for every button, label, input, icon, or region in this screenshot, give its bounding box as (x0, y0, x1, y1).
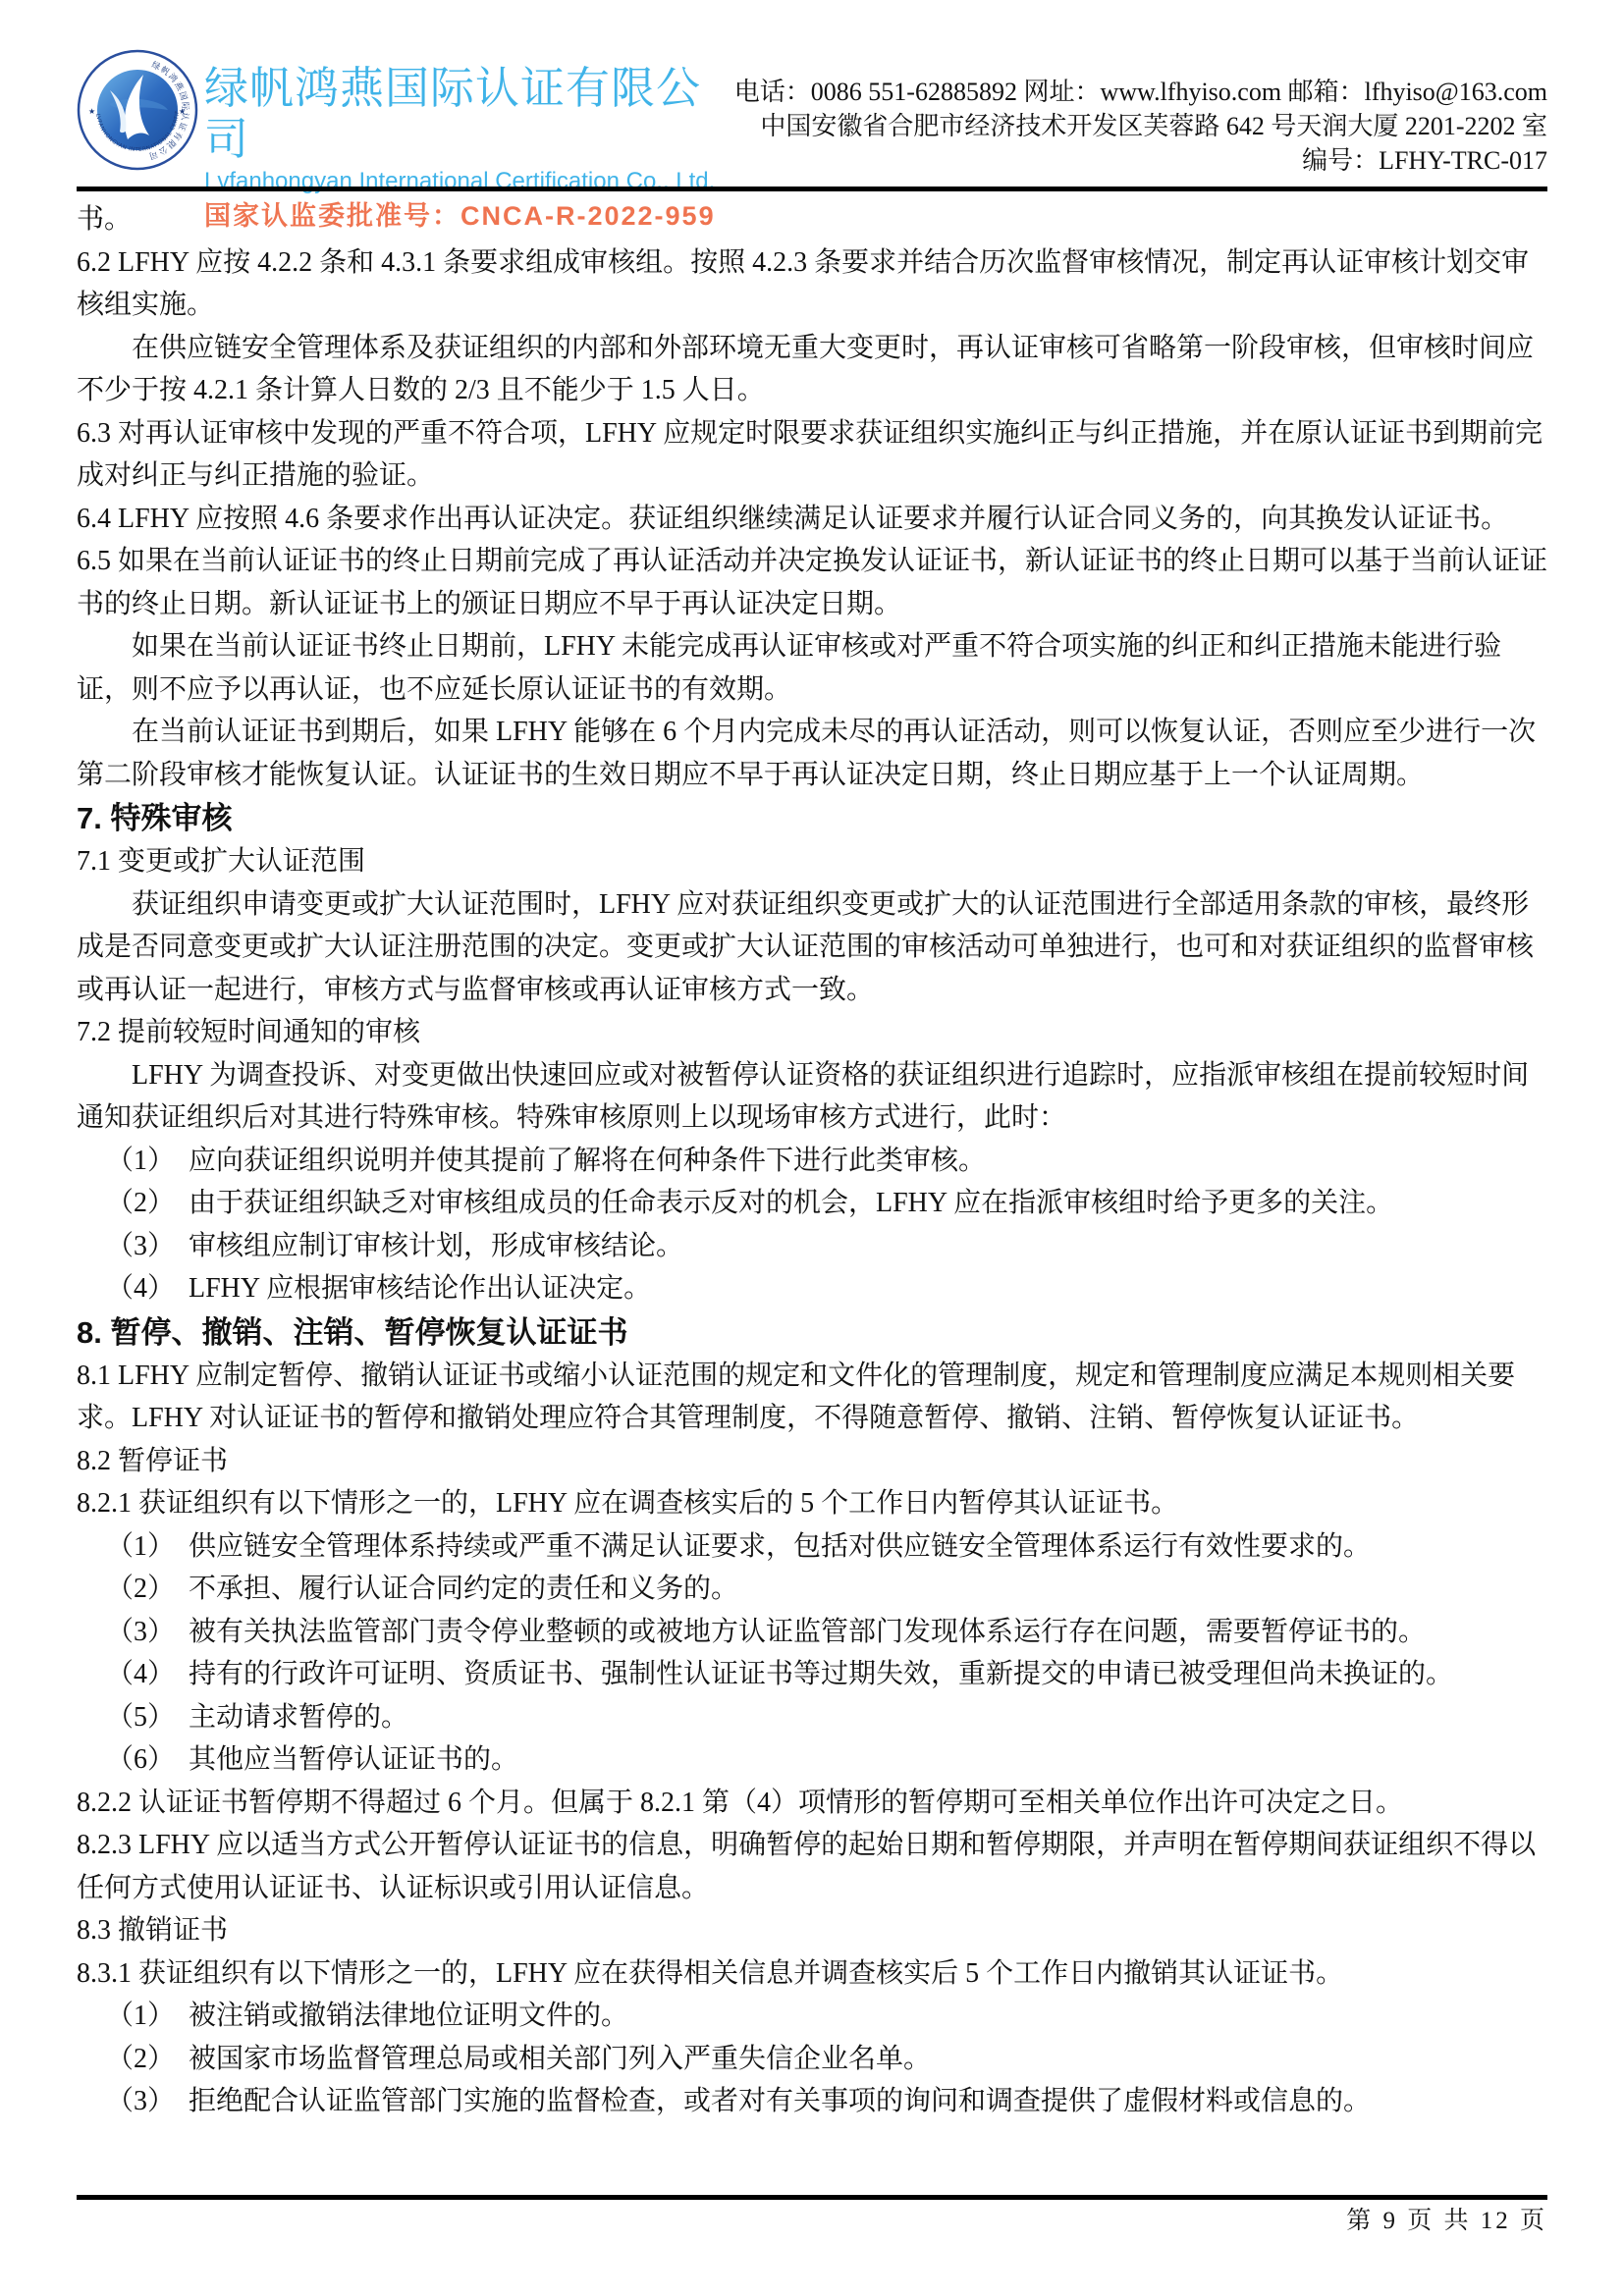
para-6-5: 6.5 如果在当前认证证书的终止日期前完成了再认证活动并决定换发认证证书，新认证… (77, 540, 1547, 625)
heading-8: 8. 暂停、撤销、注销、暂停恢复认证证书 (77, 1310, 1547, 1355)
para-6-5-note2: 在当前认证证书到期后，如果 LFHY 能够在 6 个月内完成未尽的再认证活动，则… (77, 711, 1547, 796)
list-8-2-1-item-6: （6） 其他应当暂停认证证书的。 (77, 1738, 1547, 1782)
document-body: 书。6.2 LFHY 应按 4.2.2 条和 4.3.1 条要求组成审核组。按照… (77, 198, 1547, 2189)
document-number: 编号：LFHY-TRC-017 (734, 143, 1547, 178)
para-7-1-body: 获证组织申请变更或扩大认证范围时，LFHY 应对获证组织变更或扩大的认证范围进行… (77, 883, 1547, 1012)
list-8-2-1-item-4: （4） 持有的行政许可证明、资质证书、强制性认证证书等过期失效，重新提交的申请已… (77, 1653, 1547, 1696)
para-8-2-2: 8.2.2 认证证书暂停期不得超过 6 个月。但属于 8.2.1 第（4）项情形… (77, 1782, 1547, 1825)
company-logo-icon: 绿帆鸿燕国际认证有限公司 LVFANHONGYAN INTERNATIONAL … (77, 49, 198, 171)
list-8-3-1-item-1: （1） 被注销或撤销法律地位证明文件的。 (77, 1995, 1547, 2038)
document-footer: 第 9 页 共 12 页 (77, 2195, 1547, 2237)
para-7-1: 7.1 变更或扩大认证范围 (77, 840, 1547, 883)
header-divider (77, 187, 1547, 191)
list-7-2-item-2: （2） 由于获证组织缺乏对审核组成员的任命表示反对的机会，LFHY 应在指派审核… (77, 1182, 1547, 1225)
list-8-2-1-item-1: （1） 供应链安全管理体系持续或严重不满足认证要求，包括对供应链安全管理体系运行… (77, 1525, 1547, 1569)
para-8-3-1: 8.3.1 获证组织有以下情形之一的，LFHY 应在获得相关信息并调查核实后 5… (77, 1952, 1547, 1996)
list-8-2-1-item-5: （5） 主动请求暂停的。 (77, 1696, 1547, 1739)
list-8-3-1-item-2: （2） 被国家市场监督管理总局或相关部门列入严重失信企业名单。 (77, 2038, 1547, 2081)
page-number: 第 9 页 共 12 页 (77, 2200, 1547, 2237)
list-8-3-1-item-3: （3） 拒绝配合认证监管部门实施的监督检查，或者对有关事项的询问和调查提供了虚假… (77, 2080, 1547, 2123)
para-8-2: 8.2 暂停证书 (77, 1440, 1547, 1483)
para-6-5-note1: 如果在当前认证证书终止日期前，LFHY 未能完成再认证审核或对严重不符合项实施的… (77, 625, 1547, 711)
para-7-2-body: LFHY 为调查投诉、对变更做出快速回应或对被暂停认证资格的获证组织进行追踪时，… (77, 1054, 1547, 1140)
document-page: 绿帆鸿燕国际认证有限公司 LVFANHONGYAN INTERNATIONAL … (0, 0, 1624, 2296)
para-8-2-1: 8.2.1 获证组织有以下情形之一的，LFHY 应在调查核实后的 5 个工作日内… (77, 1482, 1547, 1525)
para-7-2: 7.2 提前较短时间通知的审核 (77, 1011, 1547, 1054)
para-6-3: 6.3 对再认证审核中发现的严重不符合项，LFHY 应规定时限要求获证组织实施纠… (77, 412, 1547, 498)
company-name-en: Lvfanhongyan International Certification… (204, 167, 734, 196)
para-8-2-3: 8.2.3 LFHY 应以适当方式公开暂停认证证书的信息，明确暂停的起始日期和暂… (77, 1824, 1547, 1909)
para-8-1: 8.1 LFHY 应制定暂停、撤销认证证书或缩小认证范围的规定和文件化的管理制度… (77, 1355, 1547, 1440)
svg-text:★: ★ (179, 107, 186, 116)
list-8-2-1-item-3: （3） 被有关执法监管部门责令停业整顿的或被地方认证监管部门发现体系运行存在问题… (77, 1611, 1547, 1654)
para-continuation: 书。 (77, 198, 1547, 241)
heading-7: 7. 特殊审核 (77, 796, 1547, 840)
contact-line-phone-web-mail: 电话：0086 551-62885892 网址：www.lfhyiso.com … (734, 75, 1547, 109)
para-8-3: 8.3 撤销证书 (77, 1909, 1547, 1952)
list-7-2-item-4: （4） LFHY 应根据审核结论作出认证决定。 (77, 1267, 1547, 1310)
header-contact-block: 电话：0086 551-62885892 网址：www.lfhyiso.com … (734, 49, 1547, 178)
para-6-4: 6.4 LFHY 应按照 4.6 条要求作出再认证决定。获证组织继续满足认证要求… (77, 498, 1547, 541)
svg-text:★: ★ (88, 107, 95, 116)
para-6-2: 6.2 LFHY 应按 4.2.2 条和 4.3.1 条要求组成审核组。按照 4… (77, 241, 1547, 327)
list-7-2-item-1: （1） 应向获证组织说明并使其提前了解将在何种条件下进行此类审核。 (77, 1140, 1547, 1183)
list-7-2-item-3: （3） 审核组应制订审核计划，形成审核结论。 (77, 1225, 1547, 1268)
para-6-2-note: 在供应链安全管理体系及获证组织的内部和外部环境无重大变更时，再认证审核可省略第一… (77, 327, 1547, 412)
list-8-2-1-item-2: （2） 不承担、履行认证合同约定的责任和义务的。 (77, 1568, 1547, 1611)
contact-line-address: 中国安徽省合肥市经济技术开发区芙蓉路 642 号天润大厦 2201-2202 室 (734, 109, 1547, 143)
company-name-zh: 绿帆鸿燕国际认证有限公司 (204, 63, 734, 165)
